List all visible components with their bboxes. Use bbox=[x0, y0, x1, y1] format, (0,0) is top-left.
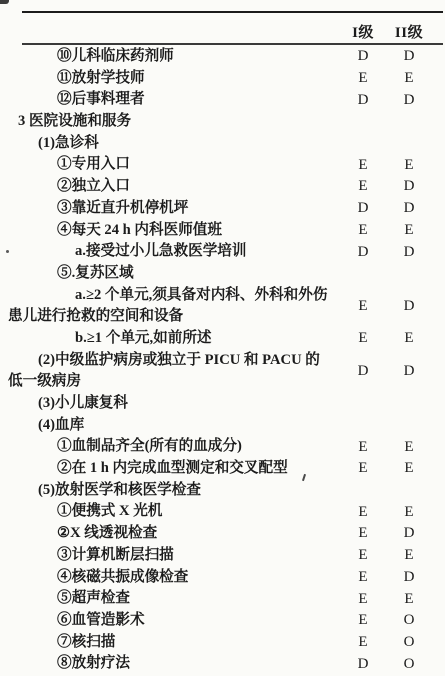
grade-cell: D bbox=[340, 200, 386, 217]
grade-cell: E bbox=[386, 547, 432, 564]
row-label-group: b.≥1 个单元,如前所述 bbox=[8, 328, 340, 350]
table-row: ③计算机断层扫描EE bbox=[8, 545, 432, 567]
row-label: ②X 线透视检查 bbox=[8, 523, 340, 545]
row-label: ②独立入口 bbox=[8, 176, 340, 198]
row-label: ⑪放射学技师 bbox=[8, 68, 340, 90]
row-label-group: ⑦核扫描 bbox=[8, 632, 340, 654]
row-label-group: ②X 线透视检查 bbox=[8, 523, 340, 545]
row-label-group: (1)急诊科 bbox=[8, 133, 340, 155]
row-label-group: ⑫后事料理者 bbox=[8, 89, 340, 111]
grade-cell: D bbox=[386, 48, 432, 65]
row-label: ①专用入口 bbox=[8, 154, 340, 176]
grade-cell: D bbox=[386, 92, 432, 109]
grade-cell: E bbox=[340, 591, 386, 608]
row-label: ④每天 24 h 内科医师值班 bbox=[8, 220, 340, 242]
grade-cell: E bbox=[386, 504, 432, 521]
grade-cell: D bbox=[386, 178, 432, 195]
row-label-group: a.≥2 个单元,须具备对内科、外科和外伤患儿进行抢救的空间和设备 bbox=[8, 285, 340, 328]
table-row: ⑧放射疗法DO bbox=[8, 653, 432, 675]
grade-cell: O bbox=[386, 656, 432, 673]
table-row: ②独立入口ED bbox=[8, 176, 432, 198]
grade-cell: E bbox=[340, 569, 386, 586]
scan-artifact bbox=[6, 250, 9, 253]
grade-cell: E bbox=[340, 612, 386, 629]
row-label: ⑤.复苏区域 bbox=[8, 263, 340, 285]
grade-cell: E bbox=[386, 591, 432, 608]
table-row: ②在 1 h 内完成血型测定和交叉配型EE bbox=[8, 458, 432, 480]
row-label-wrapped: 低一级病房 bbox=[8, 371, 340, 393]
table-row: ①便携式 X 光机EE bbox=[8, 501, 432, 523]
row-label: ①便携式 X 光机 bbox=[8, 501, 340, 523]
grade-cell: E bbox=[340, 547, 386, 564]
grade-cell: E bbox=[340, 525, 386, 542]
row-label: ⑦核扫描 bbox=[8, 632, 340, 654]
grade-cell: D bbox=[340, 656, 386, 673]
row-label-group: ②在 1 h 内完成血型测定和交叉配型 bbox=[8, 458, 340, 480]
grade-cell: O bbox=[386, 634, 432, 651]
table-row: ①血制品齐全(所有的血成分)EE bbox=[8, 436, 432, 458]
table-body: ⑩儿科临床药剂师DD⑪放射学技师EE⑫后事料理者DD3 医院设施和服务(1)急诊… bbox=[8, 46, 432, 675]
grade-cell: E bbox=[386, 70, 432, 87]
row-label-group: (5)放射医学和核医学检查 bbox=[8, 480, 340, 502]
table-row: (5)放射医学和核医学检查 bbox=[8, 480, 432, 502]
grade-cell: E bbox=[340, 330, 386, 347]
row-label: ⑧放射疗法 bbox=[8, 653, 340, 675]
row-label: ②在 1 h 内完成血型测定和交叉配型 bbox=[8, 458, 340, 480]
row-label-group: ⑤.复苏区域 bbox=[8, 263, 340, 285]
table-row: ⑥血管造影术EO bbox=[8, 610, 432, 632]
row-label: ⑩儿科临床药剂师 bbox=[8, 46, 340, 68]
grade-cell: E bbox=[340, 439, 386, 456]
table-row: ⑤.复苏区域 bbox=[8, 263, 432, 285]
row-label: (5)放射医学和核医学检查 bbox=[8, 480, 340, 502]
table-row: ②X 线透视检查ED bbox=[8, 523, 432, 545]
row-label-group: (3)小儿康复科 bbox=[8, 393, 340, 415]
grade-cell: D bbox=[386, 363, 432, 380]
row-label-group: ⑥血管造影术 bbox=[8, 610, 340, 632]
row-label-group: ⑤超声检查 bbox=[8, 588, 340, 610]
table-row: (3)小儿康复科 bbox=[8, 393, 432, 415]
table-header-row: I级 II级 bbox=[8, 20, 432, 42]
grade-cell: D bbox=[386, 569, 432, 586]
grade-cell: E bbox=[340, 157, 386, 174]
row-label-group: ④每天 24 h 内科医师值班 bbox=[8, 220, 340, 242]
table-row: ⑫后事料理者DD bbox=[8, 89, 432, 111]
row-label-group: ③计算机断层扫描 bbox=[8, 545, 340, 567]
grade-cell: E bbox=[340, 298, 386, 315]
grade-cell: D bbox=[340, 244, 386, 261]
table-row: ⑪放射学技师EE bbox=[8, 68, 432, 90]
row-label: b.≥1 个单元,如前所述 bbox=[8, 328, 340, 350]
table-row: a.≥2 个单元,须具备对内科、外科和外伤患儿进行抢救的空间和设备ED bbox=[8, 285, 432, 328]
row-label-group: ①专用入口 bbox=[8, 154, 340, 176]
row-label-wrapped: 患儿进行抢救的空间和设备 bbox=[8, 306, 340, 328]
grade-cell: E bbox=[386, 222, 432, 239]
row-label: (3)小儿康复科 bbox=[8, 393, 340, 415]
grade-cell: E bbox=[340, 460, 386, 477]
table-row: ⑤超声检查EE bbox=[8, 588, 432, 610]
row-label: ①血制品齐全(所有的血成分) bbox=[8, 436, 340, 458]
grade-cell: E bbox=[340, 634, 386, 651]
row-label: ③靠近直升机停机坪 bbox=[8, 198, 340, 220]
table-row: ④每天 24 h 内科医师值班EE bbox=[8, 220, 432, 242]
grade-cell: O bbox=[386, 612, 432, 629]
row-label-group: ⑪放射学技师 bbox=[8, 68, 340, 90]
row-label: ⑤超声检查 bbox=[8, 588, 340, 610]
row-label: ③计算机断层扫描 bbox=[8, 545, 340, 567]
table-row: ⑩儿科临床药剂师DD bbox=[8, 46, 432, 68]
table-header-rule bbox=[22, 43, 443, 45]
row-label: a.接受过小儿急救医学培训 bbox=[8, 241, 340, 263]
row-label: ⑥血管造影术 bbox=[8, 610, 340, 632]
row-label: a.≥2 个单元,须具备对内科、外科和外伤 bbox=[8, 285, 340, 307]
grade-cell: E bbox=[386, 157, 432, 174]
grade-cell: D bbox=[340, 363, 386, 380]
row-label-group: ③靠近直升机停机坪 bbox=[8, 198, 340, 220]
grade-cell: D bbox=[386, 200, 432, 217]
grade-cell: D bbox=[386, 298, 432, 315]
row-label-group: a.接受过小儿急救医学培训 bbox=[8, 241, 340, 263]
row-label: (1)急诊科 bbox=[8, 133, 340, 155]
row-label: ④核磁共振成像检查 bbox=[8, 567, 340, 589]
table-row: 3 医院设施和服务 bbox=[8, 111, 432, 133]
row-label: 3 医院设施和服务 bbox=[8, 111, 340, 133]
grade-cell: E bbox=[340, 178, 386, 195]
table-row: (2)中级监护病房或独立于 PICU 和 PACU 的低一级病房DD bbox=[8, 350, 432, 393]
column-header-grade2: II级 bbox=[386, 21, 432, 42]
row-label: ⑫后事料理者 bbox=[8, 89, 340, 111]
grade-cell: D bbox=[340, 92, 386, 109]
row-label: (2)中级监护病房或独立于 PICU 和 PACU 的 bbox=[8, 350, 340, 372]
grade-cell: E bbox=[386, 330, 432, 347]
row-label-group: ②独立入口 bbox=[8, 176, 340, 198]
table-row: (4)血库 bbox=[8, 415, 432, 437]
row-label-group: ④核磁共振成像检查 bbox=[8, 567, 340, 589]
row-label-group: ①血制品齐全(所有的血成分) bbox=[8, 436, 340, 458]
table-row: ⑦核扫描EO bbox=[8, 632, 432, 654]
grade-cell: E bbox=[340, 504, 386, 521]
scan-artifact bbox=[0, 0, 9, 4]
grade-cell: E bbox=[340, 222, 386, 239]
table-row: b.≥1 个单元,如前所述EE bbox=[8, 328, 432, 350]
table-row: ①专用入口EE bbox=[8, 154, 432, 176]
table-row: (1)急诊科 bbox=[8, 133, 432, 155]
scanned-page: I级 II级 ⑩儿科临床药剂师DD⑪放射学技师EE⑫后事料理者DD3 医院设施和… bbox=[0, 0, 445, 676]
row-label-group: 3 医院设施和服务 bbox=[8, 111, 340, 133]
row-label-group: ⑩儿科临床药剂师 bbox=[8, 46, 340, 68]
table-row: a.接受过小儿急救医学培训DD bbox=[8, 241, 432, 263]
row-label: (4)血库 bbox=[8, 415, 340, 437]
row-label-group: (2)中级监护病房或独立于 PICU 和 PACU 的低一级病房 bbox=[8, 350, 340, 393]
grade-cell: D bbox=[386, 244, 432, 261]
table-row: ③靠近直升机停机坪DD bbox=[8, 198, 432, 220]
row-label-group: (4)血库 bbox=[8, 415, 340, 437]
row-label-group: ①便携式 X 光机 bbox=[8, 501, 340, 523]
column-header-grade1: I级 bbox=[340, 21, 386, 42]
table-top-rule bbox=[22, 11, 443, 13]
grade-cell: D bbox=[386, 525, 432, 542]
grade-cell: D bbox=[340, 48, 386, 65]
grade-cell: E bbox=[386, 460, 432, 477]
grade-cell: E bbox=[340, 70, 386, 87]
grade-cell: E bbox=[386, 439, 432, 456]
table-row: ④核磁共振成像检查ED bbox=[8, 567, 432, 589]
row-label-group: ⑧放射疗法 bbox=[8, 653, 340, 675]
